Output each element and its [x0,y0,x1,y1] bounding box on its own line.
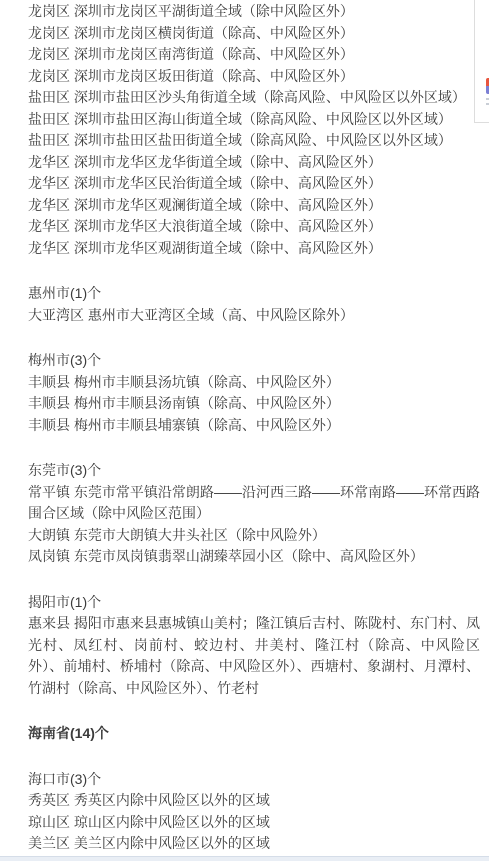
region-line: 龙华区 深圳市龙华区观澜街道全域（除中、高风险区外） [28,195,480,217]
region-line: 龙华区 深圳市龙华区龙华街道全域（除中、高风险区外） [28,152,480,174]
city-count-header: 海口市(3)个 [28,769,480,791]
region-line: 龙华区 深圳市龙华区观湖街道全域（除中、高风险区外） [28,238,480,260]
region-group: 揭阳市(1)个 惠来县 揭阳市惠来县惠城镇山美村；隆江镇后吉村、陈陇村、东门村、… [28,592,480,700]
city-count-header: 惠州市(1)个 [28,283,480,305]
region-line: 丰顺县 梅州市丰顺县汤南镇（除高、中风险区外） [28,393,480,415]
region-line: 盐田区 深圳市盐田区海山街道全域（除高风险、中风险区以外区域） [28,109,480,131]
region-group: 海口市(3)个 秀英区 秀英区内除中风险区以外的区域 琼山区 琼山区内除中风险区… [28,769,480,855]
region-line: 丰顺县 梅州市丰顺县埔寨镇（除高、中风险区外） [28,415,480,437]
region-line: 常平镇 东莞市常平镇沿常朗路——沿河西三路——环常南路——环常西路围合区域（除中… [28,482,480,525]
region-group: 东莞市(3)个 常平镇 东莞市常平镇沿常朗路——沿河西三路——环常南路——环常西… [28,460,480,568]
region-line: 琼山区 琼山区内除中风险区以外的区域 [28,812,480,834]
region-group: 龙岗区 深圳市龙岗区平湖街道全域（除中风险区外） 龙岗区 深圳市龙岗区横岗街道（… [28,1,480,259]
next-panel-top-edge [0,856,489,861]
region-group: 梅州市(3)个 丰顺县 梅州市丰顺县汤坑镇（除高、中风险区外） 丰顺县 梅州市丰… [28,350,480,436]
region-line: 龙岗区 深圳市龙岗区平湖街道全域（除中风险区外） [28,1,480,23]
region-line: 龙华区 深圳市龙华区大浪街道全域（除中、高风险区外） [28,216,480,238]
region-line: 惠来县 揭阳市惠来县惠城镇山美村；隆江镇后吉村、陈陇村、东门村、凤光村、凤红村、… [28,613,480,699]
region-line: 丰顺县 梅州市丰顺县汤坑镇（除高、中风险区外） [28,372,480,394]
region-line: 龙岗区 深圳市龙岗区横岗街道（除高、中风险区外） [28,23,480,45]
region-line: 大亚湾区 惠州市大亚湾区全域（高、中风险区除外） [28,305,480,327]
city-count-header: 东莞市(3)个 [28,460,480,482]
region-line: 凤岗镇 东莞市凤岗镇翡翠山湖臻萃园小区（除中、高风险区外） [28,546,480,568]
city-count-header: 揭阳市(1)个 [28,592,480,614]
region-group: 海南省(14)个 [28,723,480,745]
region-line: 秀英区 秀英区内除中风险区以外的区域 [28,790,480,812]
region-line: 大朗镇 东莞市大朗镇大井头社区（除中风险外） [28,525,480,547]
floating-side-widget[interactable] [474,0,489,123]
region-line: 龙华区 深圳市龙华区民治街道全域（除中、高风险区外） [28,173,480,195]
region-line: 盐田区 深圳市盐田区沙头角街道全域（除高风险、中风险区以外区域） [28,87,480,109]
region-line: 美兰区 美兰区内除中风险区以外的区域 [28,833,480,855]
city-count-header: 海南省(14)个 [28,723,480,745]
article-body: 龙岗区 深圳市龙岗区平湖街道全域（除中风险区外） 龙岗区 深圳市龙岗区横岗街道（… [28,1,480,855]
region-line: 龙岗区 深圳市龙岗区南湾街道（除高、中风险区外） [28,44,480,66]
region-group: 惠州市(1)个 大亚湾区 惠州市大亚湾区全域（高、中风险区除外） [28,283,480,326]
region-line: 龙岗区 深圳市龙岗区坂田街道（除高、中风险区外） [28,66,480,88]
city-count-header: 梅州市(3)个 [28,350,480,372]
region-line: 盐田区 深圳市盐田区盐田街道全域（除高风险、中风险区以外区域） [28,130,480,152]
